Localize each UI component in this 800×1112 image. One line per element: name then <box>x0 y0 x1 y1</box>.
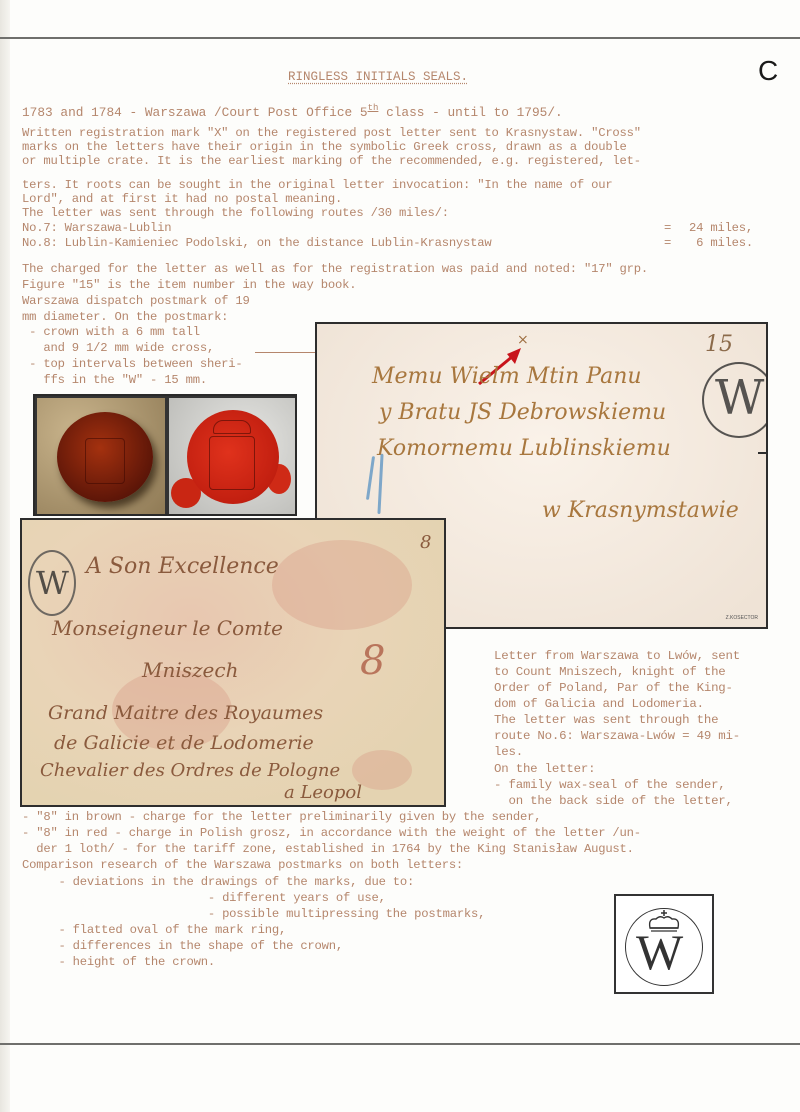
intro-line: The letter was sent through the followin… <box>22 206 449 220</box>
intro-line: ters. It roots can be sought in the orig… <box>22 178 612 192</box>
imprint-text: Z.KOSECTOR <box>726 615 758 621</box>
address-line: a Leopol <box>284 782 362 803</box>
charge-line: The charged for the letter as well as fo… <box>22 262 648 276</box>
lwow-note: route No.6: Warszawa-Lwów = 49 mi- <box>494 729 740 743</box>
postmark-note: mm diameter. On the postmark: <box>22 310 228 324</box>
route-label: No.8: Lublin-Kamieniec Podolski, on the … <box>22 236 492 250</box>
route-label: No.7: Warszawa-Lublin <box>22 221 171 235</box>
bottom-line: - height of the crown. <box>30 955 215 969</box>
postmark-note: ffs in the "W" - 15 mm. <box>22 373 207 387</box>
page-heading: 1783 and 1784 - Warszawa /Court Post Off… <box>22 101 563 120</box>
lwow-note: On the letter: <box>494 762 595 776</box>
heading-text-end: class - until to 1795/. <box>378 105 562 120</box>
route-value: 6 miles. <box>689 236 753 250</box>
wax-seal-photo-red <box>169 398 295 514</box>
address-line: w Krasnymstawie <box>542 498 739 523</box>
postmark-note: - top intervals between sheri- <box>22 357 243 371</box>
bottom-line: - flatted oval of the mark ring, <box>30 923 286 937</box>
address-line: Grand Maitre des Royaumes <box>48 702 323 724</box>
charge-line: Figure "15" is the item number in the wa… <box>22 278 356 292</box>
address-line: Komornemu Lublinskiemu <box>377 436 671 461</box>
warszawa-postmark-w: W <box>715 370 764 426</box>
bottom-line: Comparison research of the Warszawa post… <box>22 858 463 872</box>
address-line: y Bratu JS Debrowskiemu <box>379 400 666 425</box>
brown-charge-mark: 8 <box>420 532 431 553</box>
lwow-note: Letter from Warszawa to Lwów, sent <box>494 649 740 663</box>
intro-line: Written registration mark "X" on the reg… <box>22 126 641 140</box>
address-line: Memu Wielm Mtin Panu <box>372 364 642 389</box>
route-eq: = <box>664 236 671 250</box>
bottom-line: der 1 loth/ - for the tariff zone, estab… <box>22 842 634 856</box>
bottom-line: - deviations in the drawings of the mark… <box>30 875 414 889</box>
lwow-note: - family wax-seal of the sender, <box>494 778 726 792</box>
route-eq: = <box>664 221 671 235</box>
postmark-pointer-line <box>255 352 315 353</box>
lwow-note: les. <box>494 745 523 759</box>
lwow-note: dom of Galicia and Lodomeria. <box>494 697 704 711</box>
red-charge-mark: 8 <box>360 638 385 684</box>
address-line: A Son Excellence <box>86 554 279 579</box>
postmark-w-letter: W <box>636 928 679 976</box>
bottom-line: - "8" in red - charge in Polish grosz, i… <box>22 826 641 840</box>
address-line: Chevalier des Ordres de Pologne <box>40 760 340 781</box>
page-section-letter: C <box>758 56 778 86</box>
wax-seal-photo-dark <box>37 398 165 514</box>
bottom-line: - different years of use, <box>30 891 386 905</box>
bottom-line: - differences in the shape of the crown, <box>30 939 343 953</box>
postmark-note: - crown with a 6 mm tall <box>22 325 200 339</box>
postmark-note: and 9 1/2 mm wide cross, <box>22 341 214 355</box>
lwow-note: on the back side of the letter, <box>494 794 733 808</box>
intro-line: Lord", and at first it had no postal mea… <box>22 192 342 206</box>
route-value: 24 miles, <box>689 221 753 235</box>
top-rule <box>0 37 800 39</box>
bottom-line: - "8" in brown - charge for the letter p… <box>22 810 541 824</box>
wax-seals-photo <box>33 394 297 516</box>
page-binding-edge <box>0 0 10 1112</box>
lwow-note: The letter was sent through the <box>494 713 718 727</box>
intro-line: or multiple crate. It is the earliest ma… <box>22 154 641 168</box>
address-line: Mniszech <box>142 658 238 682</box>
address-line: de Galicie et de Lodomerie <box>54 732 314 754</box>
letter-lwow-image: W 8 8 A Son Excellence Monseigneur le Co… <box>20 518 446 807</box>
page-title: RINGLESS INITIALS SEALS. <box>288 70 468 84</box>
heading-text: 1783 and 1784 - Warszawa /Court Post Off… <box>22 105 368 120</box>
item-number-15: 15 <box>705 332 733 357</box>
postmark-note: Warszawa dispatch postmark of 19 <box>22 294 250 308</box>
bottom-rule <box>0 1043 800 1045</box>
lwow-note: to Count Mniszech, knight of the <box>494 665 726 679</box>
postmark-drawing: W <box>614 894 714 994</box>
address-line: Monseigneur le Comte <box>52 616 283 640</box>
intro-line: marks on the letters have their origin i… <box>22 140 627 154</box>
lwow-note: Order of Poland, Par of the King- <box>494 681 733 695</box>
heading-superscript: th <box>368 103 379 113</box>
bottom-line: - possible multipressing the postmarks, <box>30 907 485 921</box>
warszawa-postmark-w: W <box>36 564 69 602</box>
